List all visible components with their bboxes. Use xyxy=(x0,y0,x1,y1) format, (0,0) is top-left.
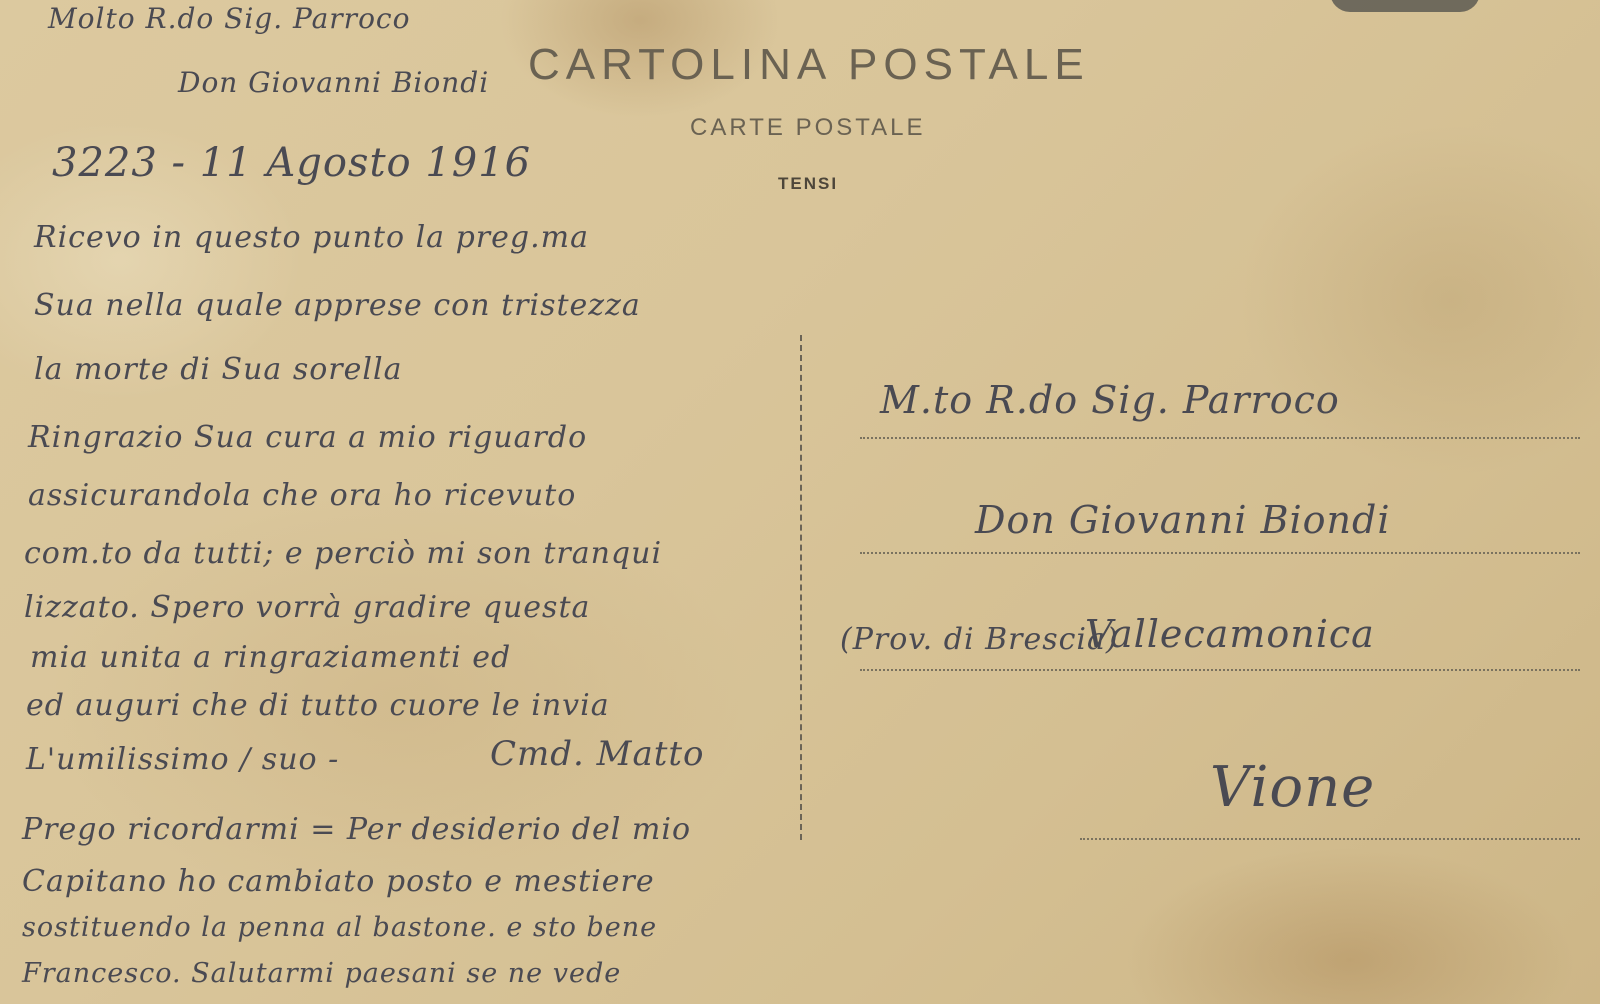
message-line: lizzato. Spero vorrà gradire questa xyxy=(24,590,590,625)
address-rule xyxy=(860,437,1580,439)
message-line: Capitano ho cambiato posto e mestiere xyxy=(22,864,655,899)
message-line: Prego ricordarmi = Per desiderio del mio xyxy=(22,812,691,847)
address-line1: M.to R.do Sig. Parroco xyxy=(880,378,1340,422)
message-line: assicurandola che ora ho ricevuto xyxy=(28,478,576,513)
message-line: sostituendo la penna al bastone. e sto b… xyxy=(22,912,657,943)
message-line: Francesco. Salutarmi paesani se ne vede xyxy=(22,958,621,989)
message-line: mia unita a ringraziamenti ed xyxy=(30,640,511,675)
message-line: com.to da tutti; e perciò mi son tranqui xyxy=(24,536,662,571)
address-line2: Don Giovanni Biondi xyxy=(975,498,1391,542)
postmark-smudge xyxy=(1330,0,1480,12)
message-line: Ricevo in questo punto la preg.ma xyxy=(34,220,589,255)
message-line: Sua nella quale apprese con tristezza xyxy=(34,288,641,323)
publisher-name: TENSI xyxy=(778,174,838,194)
center-divider xyxy=(800,335,802,840)
address-rule xyxy=(860,552,1580,554)
header-note-line2: Don Giovanni Biondi xyxy=(178,66,489,99)
message-line: ed auguri che di tutto cuore le invia xyxy=(26,688,610,723)
date-line: 3223 - 11 Agosto 1916 xyxy=(52,140,531,186)
postcard-back: CARTOLINA POSTALE CARTE POSTALE TENSI Mo… xyxy=(0,0,1600,1004)
address-rule xyxy=(1080,838,1580,840)
printed-subtitle: CARTE POSTALE xyxy=(690,114,926,142)
address-province: (Prov. di Brescia) xyxy=(840,622,1119,657)
address-rule xyxy=(860,669,1580,671)
message-line: la morte di Sua sorella xyxy=(34,352,402,387)
printed-title: CARTOLINA POSTALE xyxy=(528,40,1090,90)
signature: Cmd. Matto xyxy=(490,734,705,774)
address-town: Vione xyxy=(1210,755,1375,820)
message-line: Ringrazio Sua cura a mio riguardo xyxy=(28,420,587,455)
message-line: L'umilissimo / suo - xyxy=(26,742,339,777)
address-valley: Vallecamonica xyxy=(1085,612,1375,656)
header-note-line1: Molto R.do Sig. Parroco xyxy=(48,2,410,35)
